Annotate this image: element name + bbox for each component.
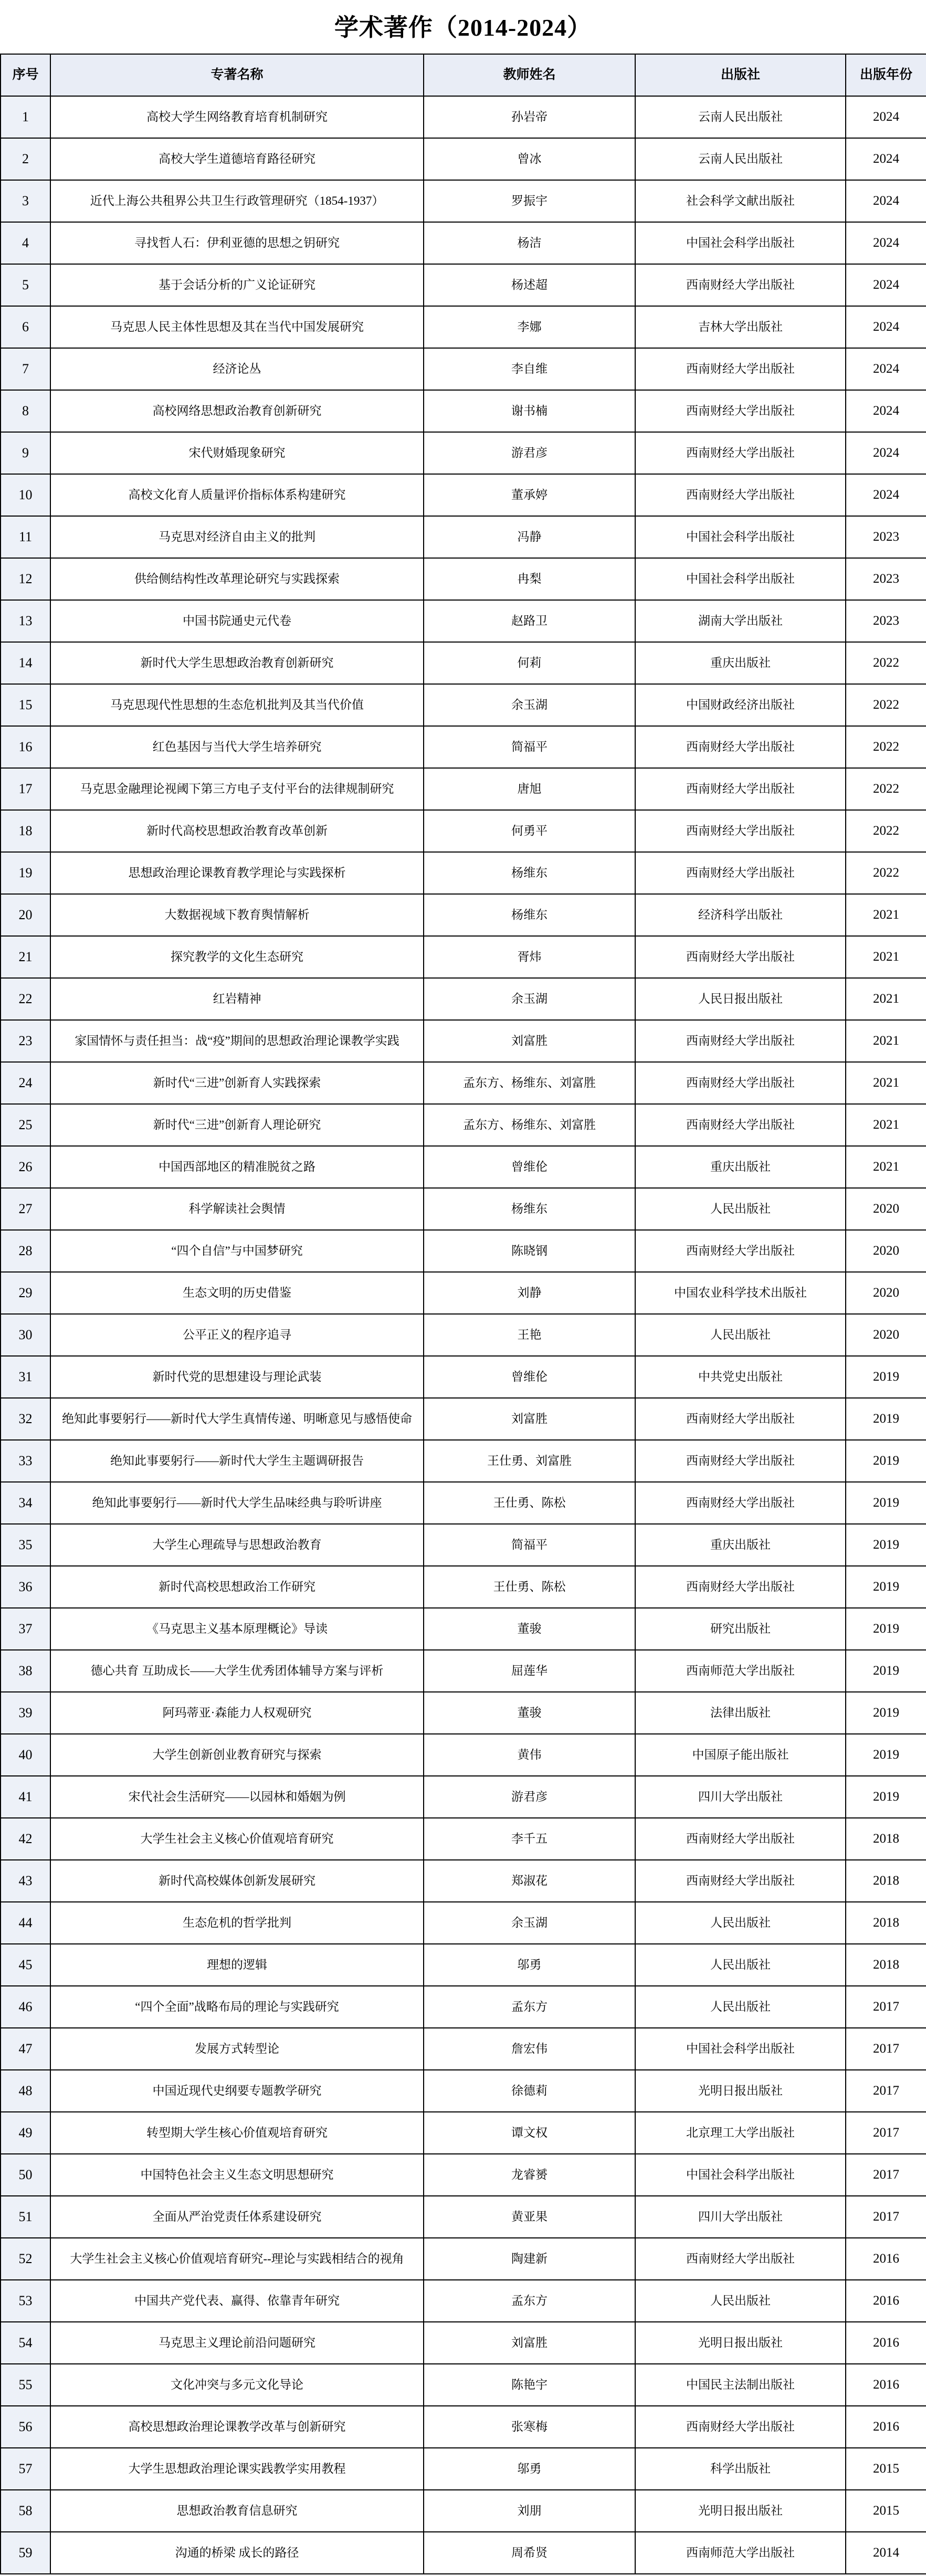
- table-row: 49转型期大学生核心价值观培育研究谭文权北京理工大学出版社2017: [1, 2112, 926, 2154]
- cell-no: 1: [1, 96, 50, 138]
- cell-author: 王仕勇、刘富胜: [424, 1440, 635, 1482]
- cell-publisher: 西南财经大学出版社: [635, 1062, 846, 1104]
- cell-author: 郑淑花: [424, 1860, 635, 1902]
- table-row: 47发展方式转型论詹宏伟中国社会科学出版社2017: [1, 2028, 926, 2070]
- cell-author: 刘朋: [424, 2490, 635, 2532]
- cell-no: 27: [1, 1188, 50, 1230]
- table-row: 55文化冲突与多元文化导论陈艳宇中国民主法制出版社2016: [1, 2364, 926, 2406]
- cell-year: 2020: [846, 1230, 926, 1272]
- cell-title: 供给侧结构性改革理论研究与实践探索: [50, 558, 424, 600]
- cell-no: 57: [1, 2448, 50, 2490]
- cell-title: 高校文化育人质量评价指标体系构建研究: [50, 474, 424, 516]
- cell-title: 沟通的桥梁 成长的路径: [50, 2532, 424, 2574]
- cell-author: 曾维伦: [424, 1146, 635, 1188]
- cell-year: 2019: [846, 1356, 926, 1398]
- cell-year: 2015: [846, 2448, 926, 2490]
- cell-title: 新时代高校思想政治工作研究: [50, 1566, 424, 1608]
- cell-no: 32: [1, 1398, 50, 1440]
- cell-author: 李娜: [424, 306, 635, 348]
- cell-author: 邬勇: [424, 2448, 635, 2490]
- cell-publisher: 四川大学出版社: [635, 2196, 846, 2238]
- cell-year: 2019: [846, 1482, 926, 1524]
- cell-author: 黄亚果: [424, 2196, 635, 2238]
- cell-year: 2019: [846, 1608, 926, 1650]
- cell-title: 高校大学生道德培育路径研究: [50, 138, 424, 180]
- page-title: 学术著作（2014-2024）: [0, 0, 926, 54]
- cell-publisher: 中共党史出版社: [635, 1356, 846, 1398]
- table-row: 17马克思金融理论视阈下第三方电子支付平台的法律规制研究唐旭西南财经大学出版社2…: [1, 768, 926, 810]
- cell-author: 何莉: [424, 642, 635, 684]
- cell-no: 52: [1, 2238, 50, 2280]
- cell-title: 生态文明的历史借鉴: [50, 1272, 424, 1314]
- cell-publisher: 中国农业科学技术出版社: [635, 1272, 846, 1314]
- cell-year: 2019: [846, 1398, 926, 1440]
- cell-author: 曾维伦: [424, 1356, 635, 1398]
- table-row: 40大学生创新创业教育研究与探索黄伟中国原子能出版社2019: [1, 1734, 926, 1776]
- cell-no: 54: [1, 2322, 50, 2364]
- cell-publisher: 法律出版社: [635, 1692, 846, 1734]
- cell-title: 思想政治理论课教育教学理论与实践探析: [50, 852, 424, 894]
- cell-no: 46: [1, 1986, 50, 2028]
- cell-no: 13: [1, 600, 50, 642]
- cell-author: 黄伟: [424, 1734, 635, 1776]
- cell-publisher: 中国社会科学出版社: [635, 222, 846, 264]
- cell-year: 2021: [846, 894, 926, 936]
- cell-title: 马克思金融理论视阈下第三方电子支付平台的法律规制研究: [50, 768, 424, 810]
- cell-publisher: 光明日报出版社: [635, 2490, 846, 2532]
- cell-year: 2014: [846, 2532, 926, 2574]
- cell-year: 2016: [846, 2406, 926, 2448]
- cell-publisher: 重庆出版社: [635, 1146, 846, 1188]
- cell-author: 王仕勇、陈松: [424, 1482, 635, 1524]
- cell-year: 2023: [846, 516, 926, 558]
- cell-year: 2019: [846, 1734, 926, 1776]
- cell-title: 宋代社会生活研究——以园林和婚姻为例: [50, 1776, 424, 1818]
- cell-no: 42: [1, 1818, 50, 1860]
- table-row: 10高校文化育人质量评价指标体系构建研究董承婷西南财经大学出版社2024: [1, 474, 926, 516]
- cell-author: 孙岩帝: [424, 96, 635, 138]
- cell-title: 中国近现代史纲要专题教学研究: [50, 2070, 424, 2112]
- cell-author: 王艳: [424, 1314, 635, 1356]
- cell-publisher: 湖南大学出版社: [635, 600, 846, 642]
- cell-year: 2024: [846, 432, 926, 474]
- cell-title: 马克思主义理论前沿问题研究: [50, 2322, 424, 2364]
- cell-publisher: 吉林大学出版社: [635, 306, 846, 348]
- cell-publisher: 北京理工大学出版社: [635, 2112, 846, 2154]
- table-body: 1高校大学生网络教育培育机制研究孙岩帝云南人民出版社20242高校大学生道德培育…: [1, 96, 926, 2574]
- cell-author: 龙睿赟: [424, 2154, 635, 2196]
- cell-title: 新时代高校媒体创新发展研究: [50, 1860, 424, 1902]
- table-row: 58思想政治教育信息研究刘朋光明日报出版社2015: [1, 2490, 926, 2532]
- cell-author: 李千五: [424, 1818, 635, 1860]
- table-row: 14新时代大学生思想政治教育创新研究何莉重庆出版社2022: [1, 642, 926, 684]
- table-row: 6马克思人民主体性思想及其在当代中国发展研究李娜吉林大学出版社2024: [1, 306, 926, 348]
- header-row: 序号 专著名称 教师姓名 出版社 出版年份: [1, 54, 926, 96]
- cell-year: 2019: [846, 1566, 926, 1608]
- table-row: 43新时代高校媒体创新发展研究郑淑花西南财经大学出版社2018: [1, 1860, 926, 1902]
- cell-author: 孟东方、杨维东、刘富胜: [424, 1062, 635, 1104]
- cell-title: 中国特色社会主义生态文明思想研究: [50, 2154, 424, 2196]
- cell-author: 屈莲华: [424, 1650, 635, 1692]
- cell-year: 2019: [846, 1776, 926, 1818]
- cell-publisher: 西南财经大学出版社: [635, 1440, 846, 1482]
- cell-publisher: 西南财经大学出版社: [635, 1398, 846, 1440]
- table-row: 21探究教学的文化生态研究胥炜西南财经大学出版社2021: [1, 936, 926, 978]
- cell-no: 6: [1, 306, 50, 348]
- cell-title: 寻找哲人石：伊利亚德的思想之钥研究: [50, 222, 424, 264]
- table-row: 38德心共育 互助成长——大学生优秀团体辅导方案与评析屈莲华西南师范大学出版社2…: [1, 1650, 926, 1692]
- cell-year: 2017: [846, 2196, 926, 2238]
- cell-year: 2019: [846, 1692, 926, 1734]
- cell-author: 罗振宇: [424, 180, 635, 222]
- cell-author: 简福平: [424, 1524, 635, 1566]
- cell-no: 48: [1, 2070, 50, 2112]
- cell-author: 刘富胜: [424, 1020, 635, 1062]
- cell-title: 新时代大学生思想政治教育创新研究: [50, 642, 424, 684]
- cell-publisher: 中国社会科学出版社: [635, 516, 846, 558]
- cell-title: 中国书院通史元代卷: [50, 600, 424, 642]
- cell-title: 基于会话分析的广义论证研究: [50, 264, 424, 306]
- cell-year: 2024: [846, 264, 926, 306]
- cell-author: 杨洁: [424, 222, 635, 264]
- cell-author: 杨维东: [424, 894, 635, 936]
- cell-publisher: 西南财经大学出版社: [635, 2406, 846, 2448]
- table-row: 50中国特色社会主义生态文明思想研究龙睿赟中国社会科学出版社2017: [1, 2154, 926, 2196]
- cell-no: 14: [1, 642, 50, 684]
- cell-title: 宋代财婚现象研究: [50, 432, 424, 474]
- table-row: 4寻找哲人石：伊利亚德的思想之钥研究杨洁中国社会科学出版社2024: [1, 222, 926, 264]
- cell-no: 3: [1, 180, 50, 222]
- cell-year: 2022: [846, 642, 926, 684]
- table-row: 29生态文明的历史借鉴刘静中国农业科学技术出版社2020: [1, 1272, 926, 1314]
- cell-no: 53: [1, 2280, 50, 2322]
- cell-year: 2019: [846, 1440, 926, 1482]
- cell-title: 绝知此事要躬行——新时代大学生主题调研报告: [50, 1440, 424, 1482]
- cell-publisher: 西南师范大学出版社: [635, 1650, 846, 1692]
- cell-no: 36: [1, 1566, 50, 1608]
- cell-year: 2018: [846, 1818, 926, 1860]
- column-header-title: 专著名称: [50, 54, 424, 96]
- cell-year: 2019: [846, 1524, 926, 1566]
- cell-no: 59: [1, 2532, 50, 2574]
- table-row: 18新时代高校思想政治教育改革创新何勇平西南财经大学出版社2022: [1, 810, 926, 852]
- cell-author: 董承婷: [424, 474, 635, 516]
- cell-title: 中国共产党代表、赢得、依靠青年研究: [50, 2280, 424, 2322]
- column-header-author: 教师姓名: [424, 54, 635, 96]
- table-row: 3近代上海公共租界公共卫生行政管理研究（1854-1937）罗振宇社会科学文献出…: [1, 180, 926, 222]
- table-row: 28“四个自信”与中国梦研究陈晓钢西南财经大学出版社2020: [1, 1230, 926, 1272]
- cell-year: 2024: [846, 96, 926, 138]
- table-row: 25新时代“三进”创新育人理论研究孟东方、杨维东、刘富胜西南财经大学出版社202…: [1, 1104, 926, 1146]
- cell-title: 高校网络思想政治教育创新研究: [50, 390, 424, 432]
- cell-publisher: 西南财经大学出版社: [635, 852, 846, 894]
- cell-year: 2022: [846, 852, 926, 894]
- cell-year: 2022: [846, 726, 926, 768]
- cell-publisher: 人民日报出版社: [635, 978, 846, 1020]
- cell-publisher: 中国社会科学出版社: [635, 558, 846, 600]
- cell-no: 41: [1, 1776, 50, 1818]
- cell-year: 2017: [846, 2112, 926, 2154]
- cell-publisher: 人民出版社: [635, 1902, 846, 1944]
- cell-no: 47: [1, 2028, 50, 2070]
- cell-no: 45: [1, 1944, 50, 1986]
- cell-no: 24: [1, 1062, 50, 1104]
- cell-author: 简福平: [424, 726, 635, 768]
- cell-year: 2021: [846, 1062, 926, 1104]
- cell-title: 转型期大学生核心价值观培育研究: [50, 2112, 424, 2154]
- cell-no: 29: [1, 1272, 50, 1314]
- cell-no: 7: [1, 348, 50, 390]
- cell-no: 30: [1, 1314, 50, 1356]
- cell-no: 5: [1, 264, 50, 306]
- cell-author: 何勇平: [424, 810, 635, 852]
- cell-author: 董骏: [424, 1692, 635, 1734]
- cell-publisher: 西南财经大学出版社: [635, 1860, 846, 1902]
- table-row: 57大学生思想政治理论课实践教学实用教程邬勇科学出版社2015: [1, 2448, 926, 2490]
- table-row: 23家国情怀与责任担当：战“疫”期间的思想政治理论课教学实践刘富胜西南财经大学出…: [1, 1020, 926, 1062]
- cell-author: 唐旭: [424, 768, 635, 810]
- cell-no: 58: [1, 2490, 50, 2532]
- cell-publisher: 西南财经大学出版社: [635, 726, 846, 768]
- cell-publisher: 人民出版社: [635, 1944, 846, 1986]
- cell-author: 孟东方: [424, 1986, 635, 2028]
- table-row: 11马克思对经济自由主义的批判冯静中国社会科学出版社2023: [1, 516, 926, 558]
- cell-no: 4: [1, 222, 50, 264]
- cell-title: 大数据视域下教育舆情解析: [50, 894, 424, 936]
- table-row: 44生态危机的哲学批判余玉湖人民出版社2018: [1, 1902, 926, 1944]
- cell-year: 2016: [846, 2364, 926, 2406]
- cell-publisher: 重庆出版社: [635, 1524, 846, 1566]
- table-row: 56高校思想政治理论课教学改革与创新研究张寒梅西南财经大学出版社2016: [1, 2406, 926, 2448]
- cell-author: 杨维东: [424, 1188, 635, 1230]
- cell-title: 新时代“三进”创新育人理论研究: [50, 1104, 424, 1146]
- cell-author: 杨述超: [424, 264, 635, 306]
- cell-publisher: 中国原子能出版社: [635, 1734, 846, 1776]
- table-row: 24新时代“三进”创新育人实践探索孟东方、杨维东、刘富胜西南财经大学出版社202…: [1, 1062, 926, 1104]
- table-row: 7经济论丛李自维西南财经大学出版社2024: [1, 348, 926, 390]
- cell-year: 2024: [846, 222, 926, 264]
- table-row: 41宋代社会生活研究——以园林和婚姻为例游君彦四川大学出版社2019: [1, 1776, 926, 1818]
- table-row: 37《马克思主义基本原理概论》导读董骏研究出版社2019: [1, 1608, 926, 1650]
- table-row: 30公平正义的程序追寻王艳人民出版社2020: [1, 1314, 926, 1356]
- cell-title: 马克思现代性思想的生态危机批判及其当代价值: [50, 684, 424, 726]
- column-header-publisher: 出版社: [635, 54, 846, 96]
- cell-no: 19: [1, 852, 50, 894]
- cell-title: 发展方式转型论: [50, 2028, 424, 2070]
- cell-title: 科学解读社会舆情: [50, 1188, 424, 1230]
- cell-publisher: 云南人民出版社: [635, 138, 846, 180]
- cell-title: 大学生思想政治理论课实践教学实用教程: [50, 2448, 424, 2490]
- cell-publisher: 科学出版社: [635, 2448, 846, 2490]
- cell-year: 2022: [846, 684, 926, 726]
- cell-title: 经济论丛: [50, 348, 424, 390]
- cell-author: 詹宏伟: [424, 2028, 635, 2070]
- cell-title: 绝知此事要躬行——新时代大学生真情传递、明晰意见与感悟使命: [50, 1398, 424, 1440]
- table-row: 51全面从严治党责任体系建设研究黄亚果四川大学出版社2017: [1, 2196, 926, 2238]
- cell-year: 2017: [846, 2028, 926, 2070]
- cell-author: 陈艳宇: [424, 2364, 635, 2406]
- cell-publisher: 人民出版社: [635, 1314, 846, 1356]
- table-row: 22红岩精神余玉湖人民日报出版社2021: [1, 978, 926, 1020]
- cell-title: 大学生社会主义核心价值观培育研究: [50, 1818, 424, 1860]
- cell-year: 2015: [846, 2490, 926, 2532]
- cell-no: 33: [1, 1440, 50, 1482]
- cell-title: 公平正义的程序追寻: [50, 1314, 424, 1356]
- cell-author: 张寒梅: [424, 2406, 635, 2448]
- cell-year: 2024: [846, 390, 926, 432]
- cell-author: 游君彦: [424, 1776, 635, 1818]
- cell-author: 谭文权: [424, 2112, 635, 2154]
- cell-title: 马克思人民主体性思想及其在当代中国发展研究: [50, 306, 424, 348]
- cell-year: 2020: [846, 1272, 926, 1314]
- cell-title: 生态危机的哲学批判: [50, 1902, 424, 1944]
- table-row: 12供给侧结构性改革理论研究与实践探索冉梨中国社会科学出版社2023: [1, 558, 926, 600]
- cell-publisher: 中国社会科学出版社: [635, 2028, 846, 2070]
- cell-year: 2020: [846, 1188, 926, 1230]
- cell-no: 34: [1, 1482, 50, 1524]
- cell-title: “四个自信”与中国梦研究: [50, 1230, 424, 1272]
- cell-author: 杨维东: [424, 852, 635, 894]
- table-row: 26中国西部地区的精准脱贫之路曾维伦重庆出版社2021: [1, 1146, 926, 1188]
- cell-no: 12: [1, 558, 50, 600]
- cell-title: 马克思对经济自由主义的批判: [50, 516, 424, 558]
- cell-publisher: 西南财经大学出版社: [635, 1104, 846, 1146]
- cell-publisher: 西南财经大学出版社: [635, 1230, 846, 1272]
- cell-no: 38: [1, 1650, 50, 1692]
- cell-publisher: 人民出版社: [635, 1188, 846, 1230]
- page: 学术著作（2014-2024） 序号 专著名称 教师姓名 出版社 出版年份 1高…: [0, 0, 926, 2574]
- cell-no: 26: [1, 1146, 50, 1188]
- cell-title: 阿玛蒂亚·森能力人权观研究: [50, 1692, 424, 1734]
- cell-no: 28: [1, 1230, 50, 1272]
- cell-author: 冉梨: [424, 558, 635, 600]
- cell-author: 刘静: [424, 1272, 635, 1314]
- cell-no: 23: [1, 1020, 50, 1062]
- table-row: 36新时代高校思想政治工作研究王仕勇、陈松西南财经大学出版社2019: [1, 1566, 926, 1608]
- cell-year: 2024: [846, 348, 926, 390]
- cell-no: 15: [1, 684, 50, 726]
- cell-year: 2024: [846, 180, 926, 222]
- cell-no: 50: [1, 2154, 50, 2196]
- cell-year: 2024: [846, 306, 926, 348]
- column-header-year: 出版年份: [846, 54, 926, 96]
- cell-title: “四个全面”战略布局的理论与实践研究: [50, 1986, 424, 2028]
- cell-no: 55: [1, 2364, 50, 2406]
- cell-year: 2017: [846, 2154, 926, 2196]
- cell-publisher: 西南财经大学出版社: [635, 390, 846, 432]
- cell-publisher: 重庆出版社: [635, 642, 846, 684]
- cell-author: 曾冰: [424, 138, 635, 180]
- table-row: 42大学生社会主义核心价值观培育研究李千五西南财经大学出版社2018: [1, 1818, 926, 1860]
- cell-year: 2022: [846, 768, 926, 810]
- cell-author: 余玉湖: [424, 684, 635, 726]
- cell-publisher: 中国民主法制出版社: [635, 2364, 846, 2406]
- table-row: 16红色基因与当代大学生培养研究简福平西南财经大学出版社2022: [1, 726, 926, 768]
- cell-publisher: 人民出版社: [635, 2280, 846, 2322]
- cell-year: 2022: [846, 810, 926, 852]
- table-row: 35大学生心理疏导与思想政治教育简福平重庆出版社2019: [1, 1524, 926, 1566]
- cell-publisher: 西南财经大学出版社: [635, 1566, 846, 1608]
- cell-author: 陶建新: [424, 2238, 635, 2280]
- cell-title: 全面从严治党责任体系建设研究: [50, 2196, 424, 2238]
- cell-publisher: 西南财经大学出版社: [635, 1482, 846, 1524]
- cell-title: 理想的逻辑: [50, 1944, 424, 1986]
- cell-no: 11: [1, 516, 50, 558]
- table-row: 1高校大学生网络教育培育机制研究孙岩帝云南人民出版社2024: [1, 96, 926, 138]
- table-row: 20大数据视域下教育舆情解析杨维东经济科学出版社2021: [1, 894, 926, 936]
- table-row: 19思想政治理论课教育教学理论与实践探析杨维东西南财经大学出版社2022: [1, 852, 926, 894]
- cell-publisher: 西南财经大学出版社: [635, 474, 846, 516]
- cell-publisher: 西南财经大学出版社: [635, 2238, 846, 2280]
- cell-no: 9: [1, 432, 50, 474]
- cell-author: 孟东方、杨维东、刘富胜: [424, 1104, 635, 1146]
- cell-title: 家国情怀与责任担当：战“疫”期间的思想政治理论课教学实践: [50, 1020, 424, 1062]
- table-row: 54马克思主义理论前沿问题研究刘富胜光明日报出版社2016: [1, 2322, 926, 2364]
- cell-year: 2021: [846, 1020, 926, 1062]
- cell-publisher: 西南财经大学出版社: [635, 264, 846, 306]
- cell-no: 35: [1, 1524, 50, 1566]
- table-row: 8高校网络思想政治教育创新研究谢书楠西南财经大学出版社2024: [1, 390, 926, 432]
- cell-year: 2021: [846, 1104, 926, 1146]
- cell-title: 《马克思主义基本原理概论》导读: [50, 1608, 424, 1650]
- cell-title: 新时代高校思想政治教育改革创新: [50, 810, 424, 852]
- cell-year: 2021: [846, 1146, 926, 1188]
- cell-author: 冯静: [424, 516, 635, 558]
- cell-title: 思想政治教育信息研究: [50, 2490, 424, 2532]
- cell-publisher: 西南财经大学出版社: [635, 936, 846, 978]
- table-row: 32绝知此事要躬行——新时代大学生真情传递、明晰意见与感悟使命刘富胜西南财经大学…: [1, 1398, 926, 1440]
- cell-title: 高校思想政治理论课教学改革与创新研究: [50, 2406, 424, 2448]
- cell-publisher: 光明日报出版社: [635, 2070, 846, 2112]
- cell-author: 赵路卫: [424, 600, 635, 642]
- cell-year: 2024: [846, 474, 926, 516]
- cell-publisher: 西南师范大学出版社: [635, 2532, 846, 2574]
- cell-title: 近代上海公共租界公共卫生行政管理研究（1854-1937）: [50, 180, 424, 222]
- table-row: 34绝知此事要躬行——新时代大学生品味经典与聆听讲座王仕勇、陈松西南财经大学出版…: [1, 1482, 926, 1524]
- cell-title: 红岩精神: [50, 978, 424, 1020]
- cell-author: 徐德莉: [424, 2070, 635, 2112]
- cell-no: 17: [1, 768, 50, 810]
- cell-publisher: 西南财经大学出版社: [635, 810, 846, 852]
- table-header: 序号 专著名称 教师姓名 出版社 出版年份: [1, 54, 926, 96]
- cell-no: 16: [1, 726, 50, 768]
- cell-title: 大学生创新创业教育研究与探索: [50, 1734, 424, 1776]
- cell-no: 10: [1, 474, 50, 516]
- table-row: 33绝知此事要躬行——新时代大学生主题调研报告王仕勇、刘富胜西南财经大学出版社2…: [1, 1440, 926, 1482]
- cell-author: 邬勇: [424, 1944, 635, 1986]
- cell-author: 刘富胜: [424, 2322, 635, 2364]
- cell-publisher: 四川大学出版社: [635, 1776, 846, 1818]
- cell-title: 文化冲突与多元文化导论: [50, 2364, 424, 2406]
- cell-author: 李自维: [424, 348, 635, 390]
- cell-no: 44: [1, 1902, 50, 1944]
- cell-author: 陈晓钢: [424, 1230, 635, 1272]
- cell-title: 中国西部地区的精准脱贫之路: [50, 1146, 424, 1188]
- cell-year: 2021: [846, 936, 926, 978]
- cell-author: 周希贤: [424, 2532, 635, 2574]
- cell-no: 18: [1, 810, 50, 852]
- cell-author: 谢书楠: [424, 390, 635, 432]
- table-row: 5基于会话分析的广义论证研究杨述超西南财经大学出版社2024: [1, 264, 926, 306]
- table-row: 46“四个全面”战略布局的理论与实践研究孟东方人民出版社2017: [1, 1986, 926, 2028]
- cell-no: 21: [1, 936, 50, 978]
- cell-author: 胥炜: [424, 936, 635, 978]
- cell-author: 董骏: [424, 1608, 635, 1650]
- cell-no: 40: [1, 1734, 50, 1776]
- table-row: 15马克思现代性思想的生态危机批判及其当代价值余玉湖中国财政经济出版社2022: [1, 684, 926, 726]
- publications-table: 序号 专著名称 教师姓名 出版社 出版年份 1高校大学生网络教育培育机制研究孙岩…: [0, 54, 926, 2574]
- cell-year: 2016: [846, 2280, 926, 2322]
